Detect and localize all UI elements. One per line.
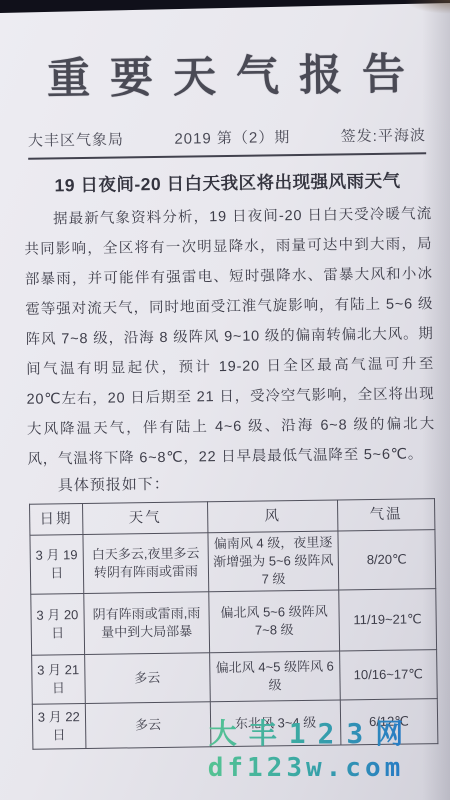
watermark-site-name: 大丰123网 xyxy=(168,718,444,750)
issue-number: 2019 第（2）期 xyxy=(174,126,290,149)
cell-temp: 11/19~21℃ xyxy=(339,589,437,651)
cell-wind: 偏北风 5~6 级阵风 7~8 级 xyxy=(209,590,339,653)
forecast-table: 日期 天气 风 气温 3 月 19 日 白天多云,夜里多云转阴有阵雨或雷雨 偏南… xyxy=(29,498,438,750)
cell-weather: 多云 xyxy=(84,653,210,704)
cell-date: 3 月 19 日 xyxy=(30,535,83,595)
cell-wind: 偏北风 4~5 级阵风 6 级 xyxy=(210,651,340,702)
cell-date: 3 月 21 日 xyxy=(32,655,85,705)
watermark-site-url: df123w.com xyxy=(168,754,444,784)
site-watermark: 大丰123网 df123w.com xyxy=(168,718,444,784)
table-row: 3 月 19 日 白天多云,夜里多云转阴有阵雨或雷雨 偏南风 4 级，夜里逐渐增… xyxy=(30,530,436,595)
document-photo: 重要天气报告 大丰区气象局 2019 第（2）期 签发:平海波 19 日夜间-2… xyxy=(0,0,450,800)
report-title: 重要天气报告 xyxy=(1,51,450,105)
cell-wind: 偏南风 4 级，夜里逐渐增强为 5~6 级阵风 7 级 xyxy=(208,531,338,592)
cell-temp: 10/16~17℃ xyxy=(339,650,437,700)
cell-date: 3 月 22 日 xyxy=(32,704,85,750)
col-header-wind: 风 xyxy=(208,500,338,533)
col-header-date: 日期 xyxy=(30,504,83,536)
header-divider xyxy=(28,153,426,161)
table-intro: 具体预报如下： xyxy=(28,469,436,499)
col-header-weather: 天气 xyxy=(82,502,208,535)
cell-date: 3 月 20 日 xyxy=(31,594,84,656)
signer: 签发:平海波 xyxy=(341,125,426,147)
cell-weather: 阴有阵雨或雷雨,雨量中到大局部暴 xyxy=(83,592,209,655)
report-meta-row: 大丰区气象局 2019 第（2）期 签发:平海波 xyxy=(28,125,426,152)
report-headline: 19 日夜间-20 日白天我区将出现强风雨天气 xyxy=(12,167,442,198)
col-header-temp: 气温 xyxy=(337,499,435,531)
table-row: 3 月 21 日 多云 偏北风 4~5 级阵风 6 级 10/16~17℃ xyxy=(32,650,438,705)
table-row: 3 月 20 日 阴有阵雨或雷雨,雨量中到大局部暴 偏北风 5~6 级阵风 7~… xyxy=(31,589,437,656)
cell-temp: 8/20℃ xyxy=(338,530,436,590)
report-paragraph: 据最新气象资料分析，19 日夜间-20 日白天受冷暖气流共同影响，全区将有一次明… xyxy=(24,199,436,475)
issuing-agency: 大丰区气象局 xyxy=(28,129,124,151)
cell-weather: 白天多云,夜里多云转阴有阵雨或雷雨 xyxy=(83,533,209,594)
report-content: 重要天气报告 大丰区气象局 2019 第（2）期 签发:平海波 19 日夜间-2… xyxy=(0,0,450,750)
